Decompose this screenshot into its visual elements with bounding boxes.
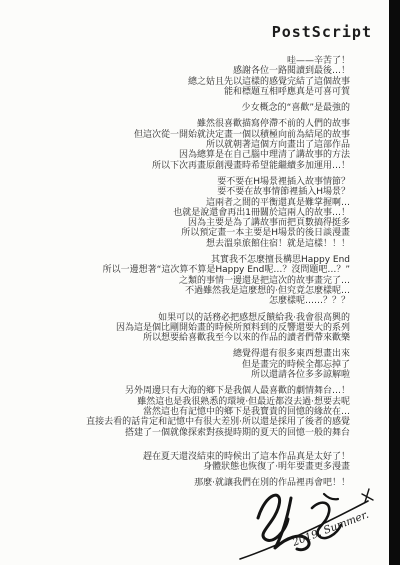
paragraph: 如果可以的話務必把感想反饋給我·我會很高興的因為這是個比剛開始畫的時候所預料到的… bbox=[86, 313, 350, 344]
text-line: 怎麼樣呢……？？？ bbox=[86, 296, 350, 306]
signature-date: 2019. Summer. bbox=[290, 509, 371, 549]
text-line: 其實我不怎麼擅長構思Happy End bbox=[86, 255, 350, 265]
text-line: 這兩者之間的平衡還真是難掌握啊… bbox=[86, 198, 350, 208]
text-line: 要不要在H場景裡插入故事情節？ bbox=[86, 177, 350, 187]
afterword-text: 哇——辛苦了！感謝各位一路閱讀到最後…！總之姑且先以這樣的感覺完結了這個故事能和… bbox=[86, 56, 350, 495]
text-line: 也就是說還會再出1冊關於這兩人的故事…！ bbox=[86, 208, 350, 218]
text-line: 所以就朝著這個方向畫出了這部作品 bbox=[86, 140, 350, 150]
text-line: 趕在夏天還沒結束的時候出了這本作品真是太好了！ bbox=[86, 452, 350, 462]
paragraph: 另外周邊只有大海的鄉下是我個人最喜歡的劇情舞台…！雖然這也是我很熟悉的環境·但最… bbox=[86, 386, 350, 437]
paragraph: 哇——辛苦了！感謝各位一路閱讀到最後…！總之姑且先以這樣的感覺完結了這個故事能和… bbox=[86, 56, 350, 97]
text-line: 所以下次再畫原創漫畫時希望能繼續多加運用…！ bbox=[86, 161, 350, 171]
afterword-page: PostScript 哇——辛苦了！感謝各位一路閱讀到最後…！總之姑且先以這樣的… bbox=[0, 0, 400, 565]
text-line: 身體狀態也恢復了·明年要畫更多漫畫 bbox=[86, 462, 350, 472]
text-line: 但是畫完的時候全都忘掉了 bbox=[86, 360, 350, 370]
text-line: 當然這也有記憶中的鄉下是我寶貴的回憶的緣故在… bbox=[86, 407, 350, 417]
text-line: 所以一邊想著“這次算不算是Happy End呢…？沒問題吧…？” bbox=[86, 265, 350, 275]
text-line: 少女概念的“喜歡”是最強的 bbox=[86, 103, 350, 113]
text-line: 所以預定畫一本主要是H場景的後日談漫畫 bbox=[86, 228, 350, 238]
text-line: 雖然很喜歡描寫停滯不前的人們的故事 bbox=[86, 119, 350, 129]
text-line: 所以想要給喜歡我至今以來的作品的讀者們帶來歡樂 bbox=[86, 333, 350, 343]
text-line: 想去溫泉旅館住宿！就是這樣！！！ bbox=[86, 239, 350, 249]
text-line: 所以還請各位多多諒解啦 bbox=[86, 370, 350, 380]
text-line: 不過雖然我是這麼想的·但究竟怎麼樣呢… bbox=[86, 286, 350, 296]
text-line: 感謝各位一路閱讀到最後…！ bbox=[86, 66, 350, 76]
text-line: 雖然這也是我很熟悉的環境·但最近都沒去過·想要去呢 bbox=[86, 397, 350, 407]
text-line: 因為這是個比剛開始畫的時候所預料到的反響還要大的系列 bbox=[86, 323, 350, 333]
text-line: 直接去看的話肯定和記憶中有很大差別·所以還是採用了後者的感覺 bbox=[86, 417, 350, 427]
paragraph: 要不要在H場景裡插入故事情節？要不要在故事情節裡插入H場景？這兩者之間的平衡還真… bbox=[86, 177, 350, 249]
page-title: PostScript bbox=[272, 23, 372, 41]
text-line: 要不要在故事情節裡插入H場景？ bbox=[86, 187, 350, 197]
paragraph: 雖然很喜歡描寫停滯不前的人們的故事但這次從一開始就決定畫一個以積極向前為結尾的故… bbox=[86, 119, 350, 170]
paragraph: 總覺得還有很多東西想畫出來但是畫完的時候全都忘掉了所以還請各位多多諒解啦 bbox=[86, 349, 350, 380]
text-line: 但這次從一開始就決定畫一個以積極向前為結尾的故事 bbox=[86, 130, 350, 140]
text-line: 之類的事情一邊還是把這次的故事畫完了… bbox=[86, 276, 350, 286]
text-line: 如果可以的話務必把感想反饋給我·我會很高興的 bbox=[86, 313, 350, 323]
text-line: 因為總算是在自己腦中理清了講故事的方法 bbox=[86, 150, 350, 160]
paragraph: 少女概念的“喜歡”是最強的 bbox=[86, 103, 350, 113]
text-line: 搭建了一個就像探索對孩提時期的夏天的回憶一般的舞台 bbox=[86, 428, 350, 438]
text-line: 因為主要是為了講故事而把頁數搞得挺多 bbox=[86, 218, 350, 228]
text-line: 哇——辛苦了！ bbox=[86, 56, 350, 66]
text-line: 總之姑且先以這樣的感覺完結了這個故事 bbox=[86, 77, 350, 87]
text-line: 能和標題互相呼應真是可喜可賀 bbox=[86, 87, 350, 97]
text-line: 另外周邊只有大海的鄉下是我個人最喜歡的劇情舞台…！ bbox=[86, 386, 350, 396]
paragraph: 其實我不怎麼擅長構思Happy End所以一邊想著“這次算不算是Happy En… bbox=[86, 255, 350, 306]
paragraph: 趕在夏天還沒結束的時候出了這本作品真是太好了！身體狀態也恢復了·明年要畫更多漫畫 bbox=[86, 452, 350, 473]
binding-edge-bar bbox=[389, 0, 400, 565]
text-line: 總覺得還有很多東西想畫出來 bbox=[86, 349, 350, 359]
signature-scribble: 2019. Summer. bbox=[228, 484, 380, 564]
handwritten-signature: 2019. Summer. bbox=[228, 484, 380, 564]
